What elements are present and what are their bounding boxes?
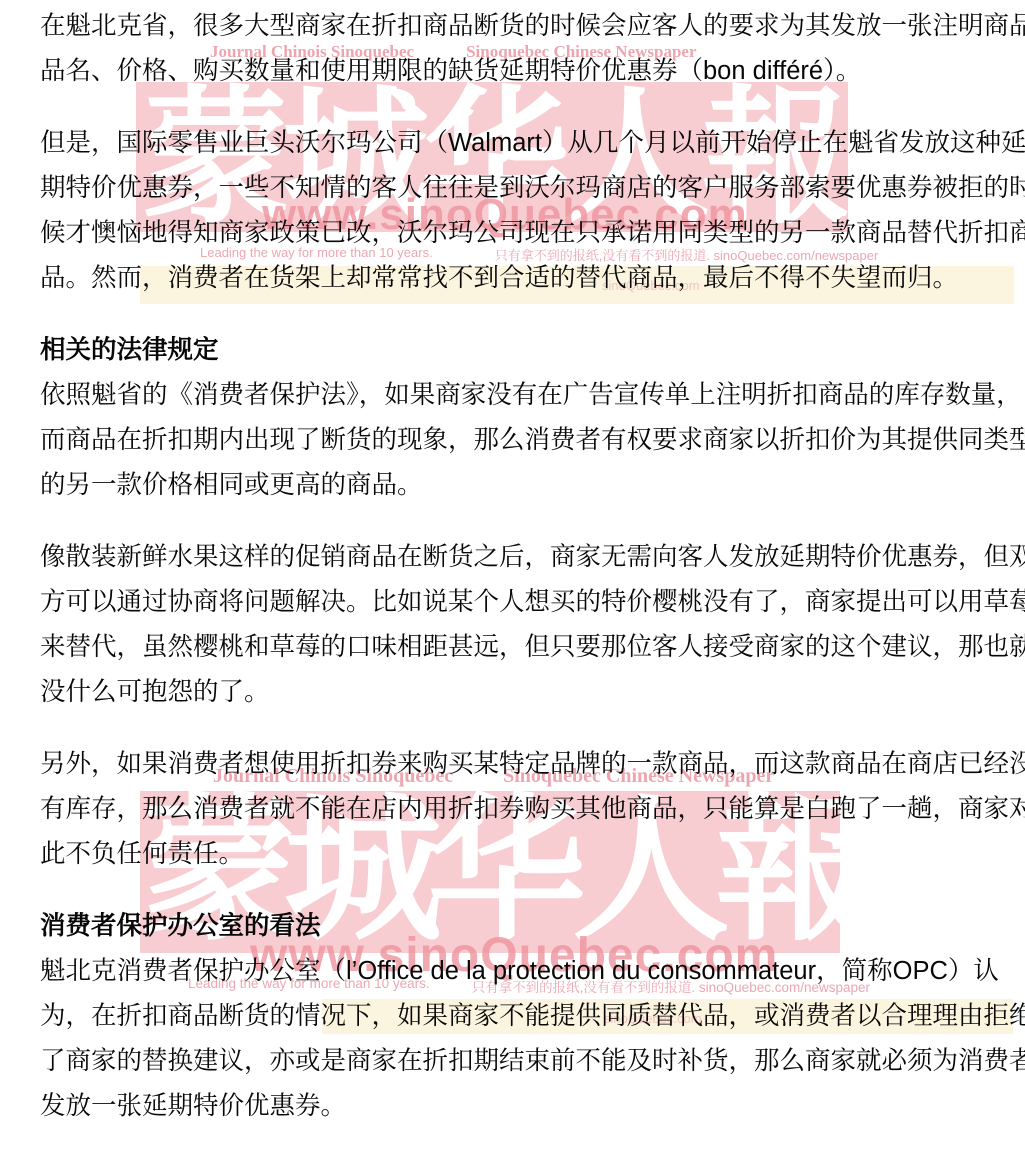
article-line: 但是，国际零售业巨头沃尔玛公司（Walmart）从几个月以前开始停止在魁省发放这… [40,121,1013,166]
article-paragraph: 另外，如果消费者想使用折扣券来购买某特定品牌的一款商品，而这款商品在商店已经没有… [40,742,1013,877]
section-heading: 相关的法律规定 [40,328,1013,373]
article-line: 在魁北克省，很多大型商家在折扣商品断货的时候会应客人的要求为其发放一张注明商品 [40,4,1013,49]
article-paragraph: 但是，国际零售业巨头沃尔玛公司（Walmart）从几个月以前开始停止在魁省发放这… [40,121,1013,301]
article-line: 了商家的替换建议，亦或是商家在折扣期结束前不能及时补货，那么商家就必须为消费者 [40,1039,1013,1084]
article-line: 像散装新鲜水果这样的促销商品在断货之后，商家无需向客人发放延期特价优惠券，但双 [40,535,1013,580]
article-line: 而商品在折扣期内出现了断货的现象，那么消费者有权要求商家以折扣价为其提供同类型 [40,418,1013,463]
article-line: 品名、价格、购买数量和使用期限的缺货延期特价优惠券（bon différé）。 [40,49,1013,94]
article-line: 的另一款价格相同或更高的商品。 [40,463,1013,508]
article-line: 候才懊恼地得知商家政策已改，沃尔玛公司现在只承诺用同类型的另一款商品替代折扣商 [40,211,1013,256]
article-line: 来替代，虽然樱桃和草莓的口味相距甚远，但只要那位客人接受商家的这个建议，那也就 [40,625,1013,670]
article-line: 依照魁省的《消费者保护法》，如果商家没有在广告宣传单上注明折扣商品的库存数量， [40,373,1013,418]
article-line: 没什么可抱怨的了。 [40,670,1013,715]
article-line: 消费者保护办公室的看法 [40,904,1013,949]
article-line: 魁北克消费者保护办公室（l’Office de la protection du… [40,949,1013,994]
article-paragraph: 魁北克消费者保护办公室（l’Office de la protection du… [40,949,1013,1129]
article-line: 品。然而，消费者在货架上却常常找不到合适的替代商品，最后不得不失望而归。 [40,256,1013,301]
article-line: 方可以通过协商将问题解决。比如说某个人想买的特价樱桃没有了，商家提出可以用草莓 [40,580,1013,625]
article-line: 相关的法律规定 [40,328,1013,373]
article-line: 为，在折扣商品断货的情况下，如果商家不能提供同质替代品，或消费者以合理理由拒绝 [40,994,1013,1039]
article-body: 在魁北克省，很多大型商家在折扣商品断货的时候会应客人的要求为其发放一张注明商品品… [0,0,1025,1129]
article-line: 有库存，那么消费者就不能在店内用折扣券购买其他商品，只能算是白跑了一趟，商家对 [40,787,1013,832]
article-line: 此不负任何责任。 [40,832,1013,877]
newspaper-article-page: Journal Chinois Sinoquebec Sinoquebec Ch… [0,0,1025,1167]
article-paragraph: 依照魁省的《消费者保护法》，如果商家没有在广告宣传单上注明折扣商品的库存数量，而… [40,373,1013,508]
article-paragraph: 在魁北克省，很多大型商家在折扣商品断货的时候会应客人的要求为其发放一张注明商品品… [40,4,1013,94]
section-heading: 消费者保护办公室的看法 [40,904,1013,949]
article-line: 发放一张延期特价优惠券。 [40,1084,1013,1129]
article-line: 期特价优惠券，一些不知情的客人往往是到沃尔玛商店的客户服务部索要优惠券被拒的时 [40,166,1013,211]
article-line: 另外，如果消费者想使用折扣券来购买某特定品牌的一款商品，而这款商品在商店已经没 [40,742,1013,787]
article-paragraph: 像散装新鲜水果这样的促销商品在断货之后，商家无需向客人发放延期特价优惠券，但双方… [40,535,1013,715]
